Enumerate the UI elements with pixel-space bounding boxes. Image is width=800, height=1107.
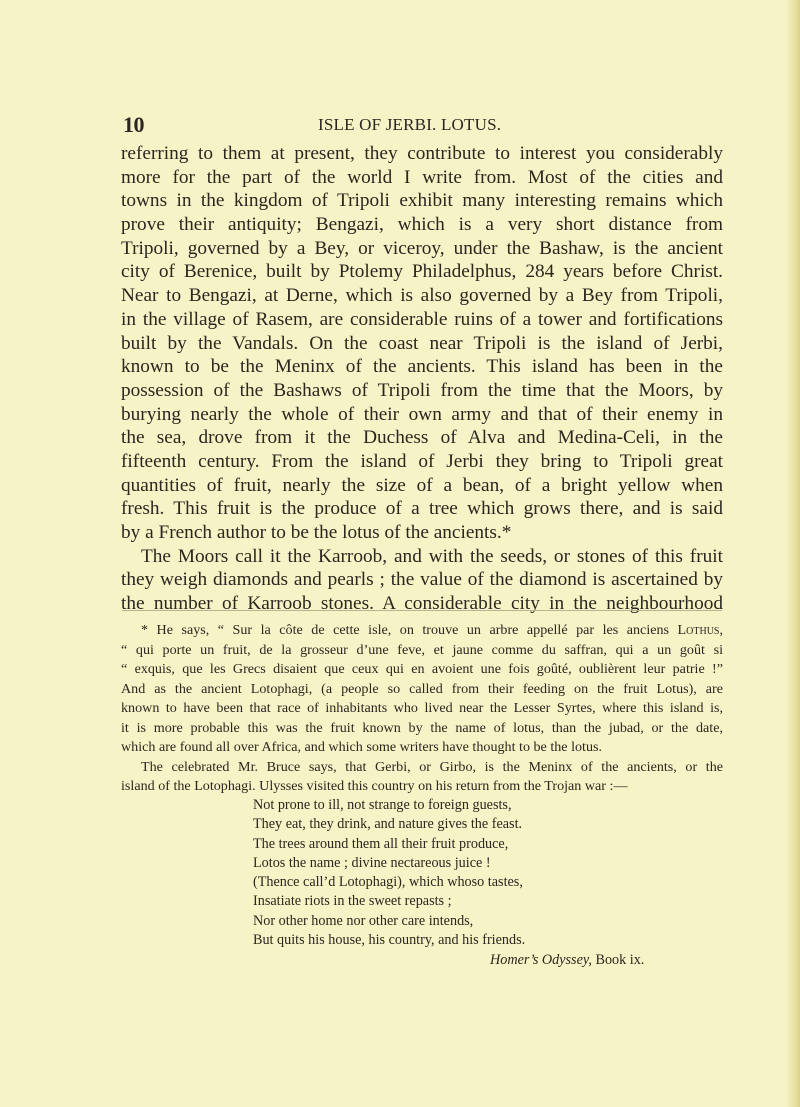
body-line: fifteenth century. From the island of Je… [121,450,723,474]
body-line: known to be the Meninx of the ancients. … [121,355,723,379]
poem-line: Lotos the name ; divine nectareous juice… [253,854,525,873]
footnote-line: island of the Lotophagi. Ulysses visited… [121,777,723,797]
body-line: Near to Bengazi, at Derne, which is also… [121,284,723,308]
body-line: fresh. This fruit is the produce of a tr… [121,497,723,521]
poem-line: The trees around them all their fruit pr… [253,835,525,854]
poem-line: Insatiate riots in the sweet repasts ; [253,892,525,911]
footnote-line: known to have been that race of inhabita… [121,699,723,719]
poem-line: But quits his house, his country, and hi… [253,931,525,950]
attribution-book: Book ix. [592,952,644,968]
body-line: quantities of fruit, nearly the size of … [121,474,723,498]
poem-line: They eat, they drink, and nature gives t… [253,815,525,834]
poem-line: Not prone to ill, not strange to foreign… [253,796,525,815]
body-line-footnote-ref: by a French author to be the lotus of th… [121,521,723,545]
body-line: towns in the kingdom of Tripoli exhibit … [121,189,723,213]
body-line: they weigh diamonds and pearls ; the val… [121,568,723,592]
poem-line: Nor other home nor other care intends, [253,912,525,931]
body-line: Tripoli, governed by a Bey, or viceroy, … [121,237,723,261]
footnote-separator-rule [122,610,722,611]
footnote-line: “ exquis, que les Grecs disaient que ceu… [121,660,723,680]
poem-attribution: Homer’s Odyssey, Book ix. [490,952,644,969]
poem-quotation: Not prone to ill, not strange to foreign… [253,796,525,950]
footnote-line: And as the ancient Lotophagi, (a people … [121,680,723,700]
poem-line: (Thence call’d Lotophagi), which whoso t… [253,873,525,892]
body-line: more for the part of the world I write f… [121,166,723,190]
running-head-title: ISLE OF JERBI. LOTUS. [318,115,501,135]
body-line: possession of the Bashaws of Tripoli fro… [121,379,723,403]
body-line: built by the Vandals. On the coast near … [121,332,723,356]
footnote-smallcaps-word: Lothus, [678,622,723,638]
body-text: referring to them at present, they contr… [121,142,723,616]
footnote-line: it is more probable this was the fruit k… [121,719,723,739]
body-line: in the village of Rasem, are considerabl… [121,308,723,332]
footnote-line: The celebrated Mr. Bruce says, that Gerb… [121,758,723,778]
body-line-paragraph-start: The Moors call it the Karroob, and with … [121,545,723,569]
body-line: the sea, drove from it the Duchess of Al… [121,426,723,450]
footnote-line-text: * He says, “ Sur la côte de cette isle, … [141,622,678,638]
footnote: * He says, “ Sur la côte de cette isle, … [121,621,723,797]
page-edge-shadow [786,0,800,1107]
footnote-line: which are found all over Africa, and whi… [121,738,723,758]
body-line: burying nearly the whole of their own ar… [121,403,723,427]
running-head: 10 ISLE OF JERBI. LOTUS. [123,112,723,136]
body-line: referring to them at present, they contr… [121,142,723,166]
attribution-work-title: Homer’s Odyssey, [490,952,592,968]
footnote-line: “ qui porte un fruit, de la grosseur d’u… [121,641,723,661]
body-line: city of Berenice, built by Ptolemy Phila… [121,260,723,284]
page-number: 10 [123,112,144,138]
body-line: the number of Karroob stones. A consider… [121,592,723,616]
footnote-line: * He says, “ Sur la côte de cette isle, … [121,621,723,641]
body-line: prove their antiquity; Bengazi, which is… [121,213,723,237]
